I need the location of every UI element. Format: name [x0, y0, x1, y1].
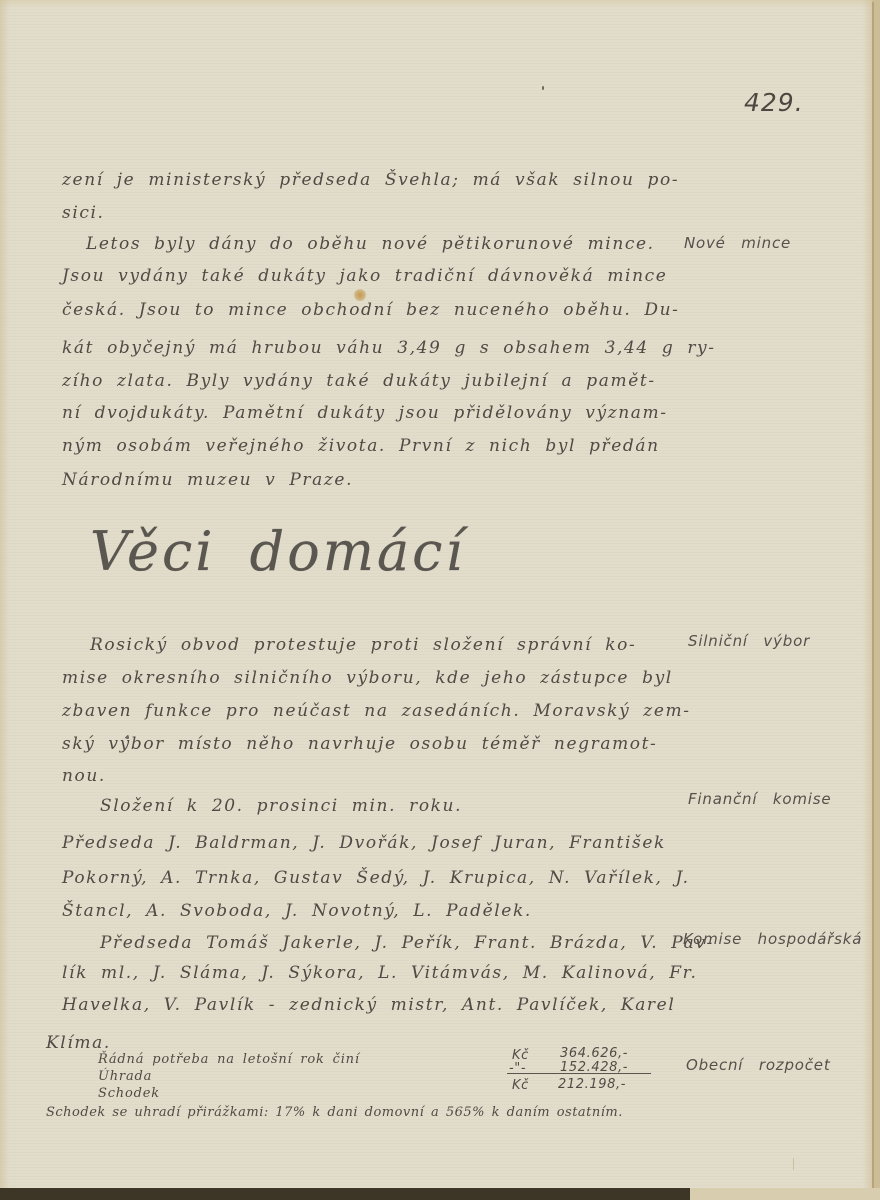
- text-line: Rosický obvod protestuje proti složení s…: [90, 637, 636, 654]
- margin-note-road-committee: Silniční výbor: [688, 634, 810, 649]
- text-line: Národnímu muzeu v Praze.: [62, 472, 353, 489]
- text-line: Pokorný, A. Trnka, Gustav Šedý, J. Krupi…: [62, 870, 690, 887]
- text-line: Letos byly dány do oběhu nové pětikoruno…: [86, 236, 655, 253]
- page-number: 429.: [744, 88, 804, 117]
- margin-note-municipal-budget: Obecní rozpočet: [686, 1058, 831, 1073]
- text-line: Předseda Tomáš Jakerle, J. Peřík, Frant.…: [100, 935, 714, 952]
- margin-note-finance-committee: Finanční komise: [688, 792, 831, 807]
- text-line: Jsou vydány také dukáty jako tradiční dá…: [62, 268, 667, 285]
- text-line: zbaven funkce pro neúčast na zasedáních.…: [62, 703, 691, 720]
- book-edge: [0, 1188, 880, 1200]
- paper-speck: [126, 736, 129, 739]
- margin-note-economic-committee: Komise hospodářská: [683, 932, 862, 947]
- text-line: Klíma.: [46, 1035, 111, 1052]
- text-line: Štancl, A. Svoboda, J. Novotný, L. Paděl…: [62, 903, 532, 920]
- manuscript-page: 429. zení je ministerský předseda Švehla…: [0, 0, 872, 1192]
- budget-note: Schodek se uhradí přirážkami: 17% k dani…: [46, 1106, 623, 1119]
- text-line: ným osobám veřejného života. První z nic…: [62, 438, 660, 455]
- page-edge: [690, 1188, 880, 1200]
- text-line: ní dvojdukáty. Pamětní dukáty jsou přidě…: [62, 405, 668, 422]
- text-line: česká. Jsou to mince obchodní bez nucené…: [62, 302, 680, 319]
- budget-amount: 212.198,-: [558, 1077, 626, 1092]
- budget-label: Schodek: [98, 1087, 160, 1100]
- text-line: mise okresního silničního výboru, kde je…: [62, 670, 673, 687]
- text-line: kát obyčejný má hrubou váhu 3,49 g s obs…: [62, 340, 716, 357]
- budget-label: Úhrada: [98, 1070, 152, 1083]
- text-line: Složení k 20. prosinci min. roku.: [100, 798, 462, 815]
- sum-rule: [507, 1073, 651, 1074]
- margin-note-coins: Nové mince: [684, 236, 791, 251]
- paper-mark: [793, 1158, 794, 1170]
- budget-currency: Kč: [512, 1078, 529, 1093]
- text-line: sici.: [62, 205, 105, 222]
- text-line: zení je ministerský předseda Švehla; má …: [62, 172, 679, 189]
- text-line: nou.: [62, 768, 106, 785]
- budget-label: Řádná potřeba na letošní rok činí: [98, 1053, 360, 1066]
- text-line: zího zlata. Byly vydány také dukáty jubi…: [62, 373, 656, 390]
- section-heading: Věci domácí: [90, 520, 466, 583]
- text-line: lík ml., J. Sláma, J. Sýkora, L. Vitámvá…: [62, 965, 697, 982]
- budget-amount: 364.626,-: [560, 1046, 628, 1061]
- text-line: Předseda J. Baldrman, J. Dvořák, Josef J…: [62, 835, 666, 852]
- text-line: Havelka, V. Pavlík - zednický mistr, Ant…: [62, 997, 675, 1014]
- text-line: ský výbor místo něho navrhuje osobu témě…: [62, 736, 657, 753]
- paper-speck: [542, 86, 544, 90]
